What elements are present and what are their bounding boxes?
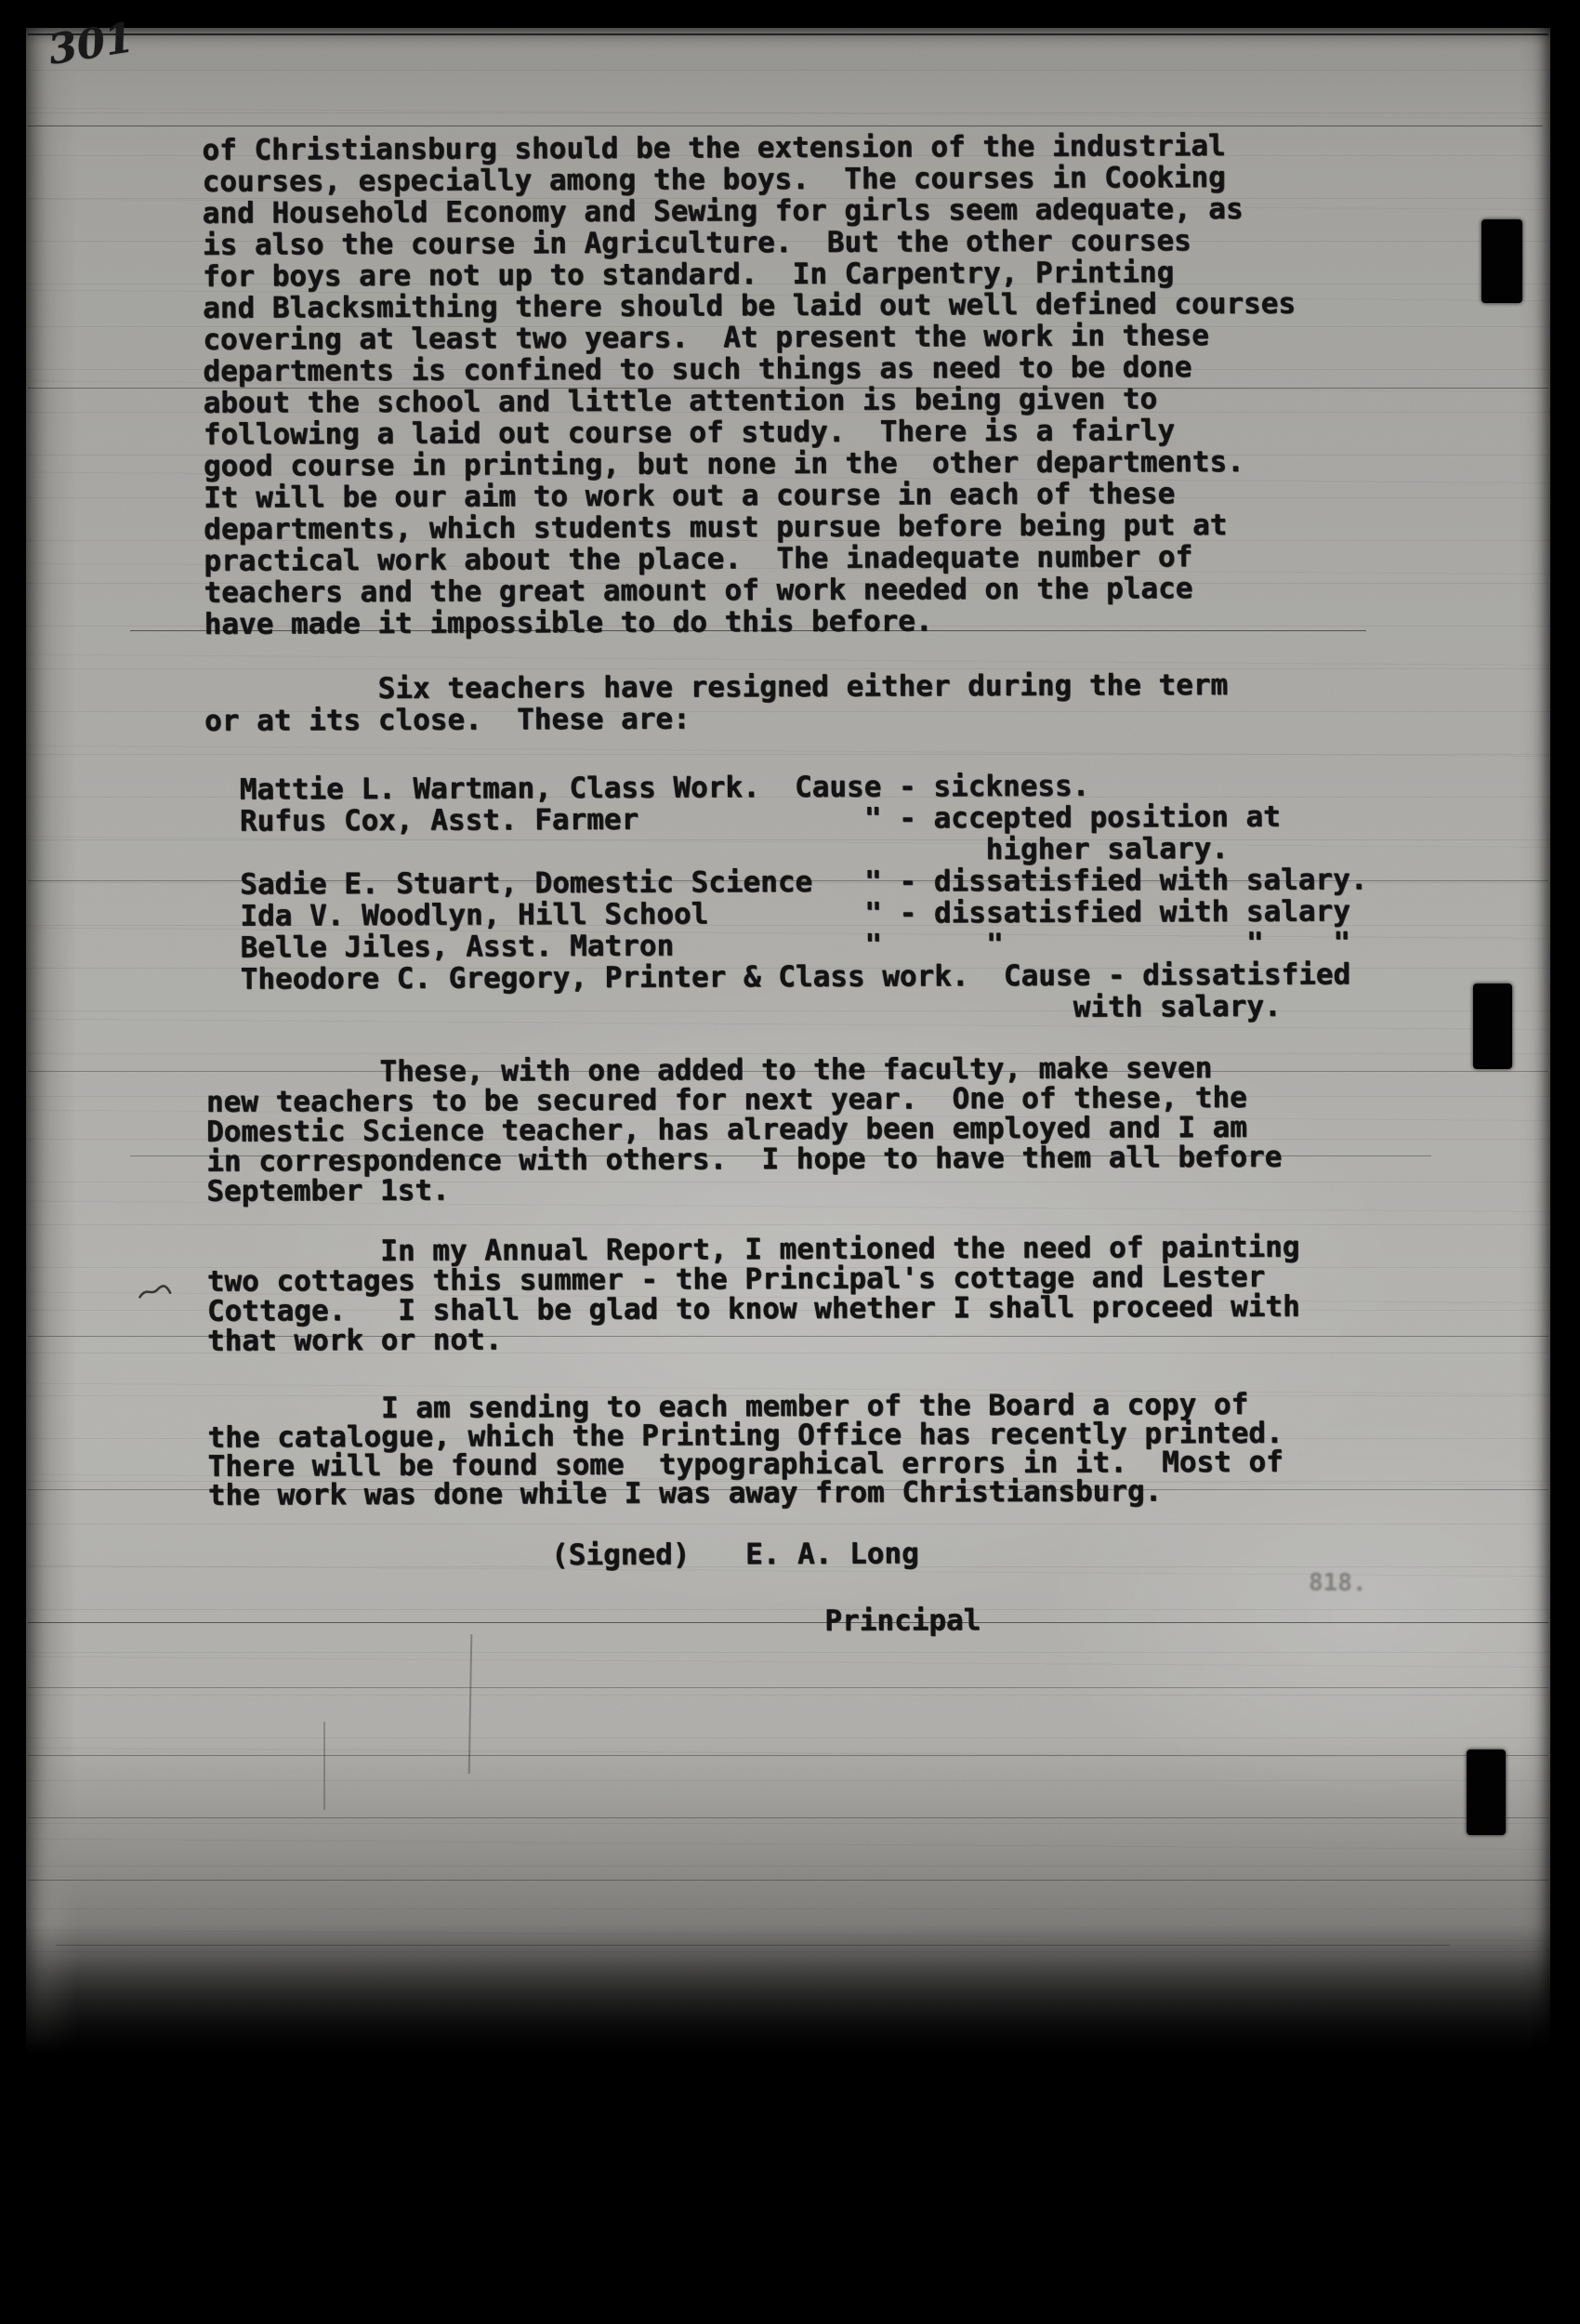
film-grain-texture [0, 0, 1580, 2324]
film-registration-mark [1481, 219, 1522, 303]
film-edge-band [1550, 0, 1580, 2324]
film-registration-mark [1467, 1750, 1506, 1835]
film-registration-mark [1473, 984, 1512, 1069]
microfilm-photo: of Christiansburg should be the extensio… [0, 0, 1580, 2324]
